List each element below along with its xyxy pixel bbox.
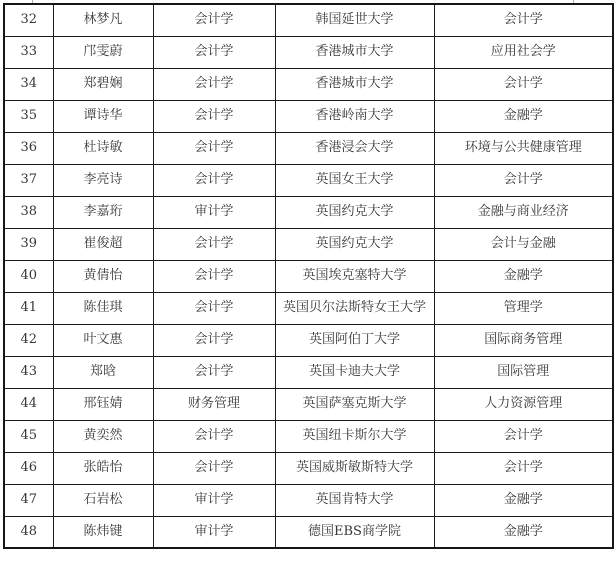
table-row: 33 邝雯蔚 会计学 香港城市大学 应用社会学 xyxy=(4,36,613,68)
cell-admitted-university: 英国约克大学 xyxy=(275,196,434,228)
cell-admitted-program: 会计与金融 xyxy=(434,228,613,260)
cell-admitted-program: 会计学 xyxy=(434,164,613,196)
cell-student-name: 叶文惠 xyxy=(53,324,153,356)
cell-admitted-university: 英国卡迪夫大学 xyxy=(275,356,434,388)
cell-student-name: 石岩松 xyxy=(53,484,153,516)
cell-student-name: 黄倩怡 xyxy=(53,260,153,292)
cell-student-name: 谭诗华 xyxy=(53,100,153,132)
cell-student-name: 陈炜键 xyxy=(53,516,153,548)
cell-admitted-program: 会计学 xyxy=(434,420,613,452)
cell-admitted-university: 英国贝尔法斯特女王大学 xyxy=(275,292,434,324)
cell-row-number: 45 xyxy=(4,420,53,452)
cell-current-major: 会计学 xyxy=(153,132,275,164)
cell-current-major: 会计学 xyxy=(153,356,275,388)
cell-row-number: 47 xyxy=(4,484,53,516)
cell-admitted-program: 人力资源管理 xyxy=(434,388,613,420)
table-row: 37 李亮诗 会计学 英国女王大学 会计学 xyxy=(4,164,613,196)
cell-row-number: 36 xyxy=(4,132,53,164)
cell-current-major: 会计学 xyxy=(153,228,275,260)
cell-admitted-university: 德国EBS商学院 xyxy=(275,516,434,548)
cell-admitted-university: 英国埃克塞特大学 xyxy=(275,260,434,292)
cell-row-number: 48 xyxy=(4,516,53,548)
table-row: 42 叶文惠 会计学 英国阿伯丁大学 国际商务管理 xyxy=(4,324,613,356)
cell-row-number: 33 xyxy=(4,36,53,68)
cell-admitted-program: 金融与商业经济 xyxy=(434,196,613,228)
cell-row-number: 34 xyxy=(4,68,53,100)
cell-student-name: 邝雯蔚 xyxy=(53,36,153,68)
cell-admitted-university: 英国萨塞克斯大学 xyxy=(275,388,434,420)
cell-current-major: 审计学 xyxy=(153,484,275,516)
table-row: 43 郑晗 会计学 英国卡迪夫大学 国际管理 xyxy=(4,356,613,388)
cell-current-major: 会计学 xyxy=(153,164,275,196)
cell-admitted-university: 英国女王大学 xyxy=(275,164,434,196)
cell-row-number: 40 xyxy=(4,260,53,292)
cell-admitted-program: 会计学 xyxy=(434,68,613,100)
cell-student-name: 杜诗敏 xyxy=(53,132,153,164)
cell-admitted-program: 环境与公共健康管理 xyxy=(434,132,613,164)
cell-admitted-program: 应用社会学 xyxy=(434,36,613,68)
cell-student-name: 邢钰婧 xyxy=(53,388,153,420)
cell-admitted-university: 英国纽卡斯尔大学 xyxy=(275,420,434,452)
cell-current-major: 会计学 xyxy=(153,68,275,100)
cell-admitted-university: 韩国延世大学 xyxy=(275,4,434,36)
cell-admitted-university: 英国阿伯丁大学 xyxy=(275,324,434,356)
table-row: 32 林梦凡 会计学 韩国延世大学 会计学 xyxy=(4,4,613,36)
cell-student-name: 李嘉珩 xyxy=(53,196,153,228)
table-row: 34 郑碧娴 会计学 香港城市大学 会计学 xyxy=(4,68,613,100)
cell-admitted-university: 香港岭南大学 xyxy=(275,100,434,132)
cell-row-number: 46 xyxy=(4,452,53,484)
cell-current-major: 会计学 xyxy=(153,260,275,292)
cell-admitted-program: 金融学 xyxy=(434,260,613,292)
table-row: 46 张皓怡 会计学 英国威斯敏斯特大学 会计学 xyxy=(4,452,613,484)
cell-row-number: 44 xyxy=(4,388,53,420)
cell-current-major: 会计学 xyxy=(153,324,275,356)
table-row: 35 谭诗华 会计学 香港岭南大学 金融学 xyxy=(4,100,613,132)
cell-admitted-university: 英国肯特大学 xyxy=(275,484,434,516)
cell-current-major: 会计学 xyxy=(153,292,275,324)
table-row: 44 邢钰婧 财务管理 英国萨塞克斯大学 人力资源管理 xyxy=(4,388,613,420)
table-row: 48 陈炜键 审计学 德国EBS商学院 金融学 xyxy=(4,516,613,548)
cell-current-major: 审计学 xyxy=(153,196,275,228)
cell-admitted-university: 香港城市大学 xyxy=(275,36,434,68)
table-row: 41 陈佳琪 会计学 英国贝尔法斯特女王大学 管理学 xyxy=(4,292,613,324)
table-row: 36 杜诗敏 会计学 香港浸会大学 环境与公共健康管理 xyxy=(4,132,613,164)
cell-current-major: 财务管理 xyxy=(153,388,275,420)
cell-current-major: 会计学 xyxy=(153,452,275,484)
cell-row-number: 42 xyxy=(4,324,53,356)
cell-admitted-university: 英国威斯敏斯特大学 xyxy=(275,452,434,484)
table-row: 38 李嘉珩 审计学 英国约克大学 金融与商业经济 xyxy=(4,196,613,228)
cell-admitted-university: 香港浸会大学 xyxy=(275,132,434,164)
cell-admitted-program: 会计学 xyxy=(434,4,613,36)
cell-student-name: 李亮诗 xyxy=(53,164,153,196)
cell-row-number: 43 xyxy=(4,356,53,388)
cell-current-major: 审计学 xyxy=(153,516,275,548)
cell-row-number: 35 xyxy=(4,100,53,132)
table-row: 45 黄奕然 会计学 英国纽卡斯尔大学 会计学 xyxy=(4,420,613,452)
cell-student-name: 林梦凡 xyxy=(53,4,153,36)
cell-admitted-program: 管理学 xyxy=(434,292,613,324)
cell-admitted-program: 国际商务管理 xyxy=(434,324,613,356)
cell-admitted-program: 金融学 xyxy=(434,516,613,548)
cell-row-number: 39 xyxy=(4,228,53,260)
cell-current-major: 会计学 xyxy=(153,100,275,132)
cell-student-name: 张皓怡 xyxy=(53,452,153,484)
table-row: 47 石岩松 审计学 英国肯特大学 金融学 xyxy=(4,484,613,516)
cell-admitted-program: 国际管理 xyxy=(434,356,613,388)
cell-admitted-university: 英国约克大学 xyxy=(275,228,434,260)
cell-student-name: 崔俊超 xyxy=(53,228,153,260)
cell-student-name: 郑碧娴 xyxy=(53,68,153,100)
cell-row-number: 37 xyxy=(4,164,53,196)
cell-current-major: 会计学 xyxy=(153,4,275,36)
cell-row-number: 38 xyxy=(4,196,53,228)
cell-student-name: 陈佳琪 xyxy=(53,292,153,324)
cell-student-name: 郑晗 xyxy=(53,356,153,388)
cell-admitted-program: 金融学 xyxy=(434,484,613,516)
cell-admitted-program: 会计学 xyxy=(434,452,613,484)
admissions-table: 32 林梦凡 会计学 韩国延世大学 会计学 33 邝雯蔚 会计学 香港城市大学 … xyxy=(3,3,614,549)
table-row: 40 黄倩怡 会计学 英国埃克塞特大学 金融学 xyxy=(4,260,613,292)
cell-admitted-program: 金融学 xyxy=(434,100,613,132)
cell-row-number: 41 xyxy=(4,292,53,324)
table-row: 39 崔俊超 会计学 英国约克大学 会计与金融 xyxy=(4,228,613,260)
cell-admitted-university: 香港城市大学 xyxy=(275,68,434,100)
cell-student-name: 黄奕然 xyxy=(53,420,153,452)
cell-row-number: 32 xyxy=(4,4,53,36)
cell-current-major: 会计学 xyxy=(153,420,275,452)
cell-current-major: 会计学 xyxy=(153,36,275,68)
admissions-table-body: 32 林梦凡 会计学 韩国延世大学 会计学 33 邝雯蔚 会计学 香港城市大学 … xyxy=(4,4,613,548)
